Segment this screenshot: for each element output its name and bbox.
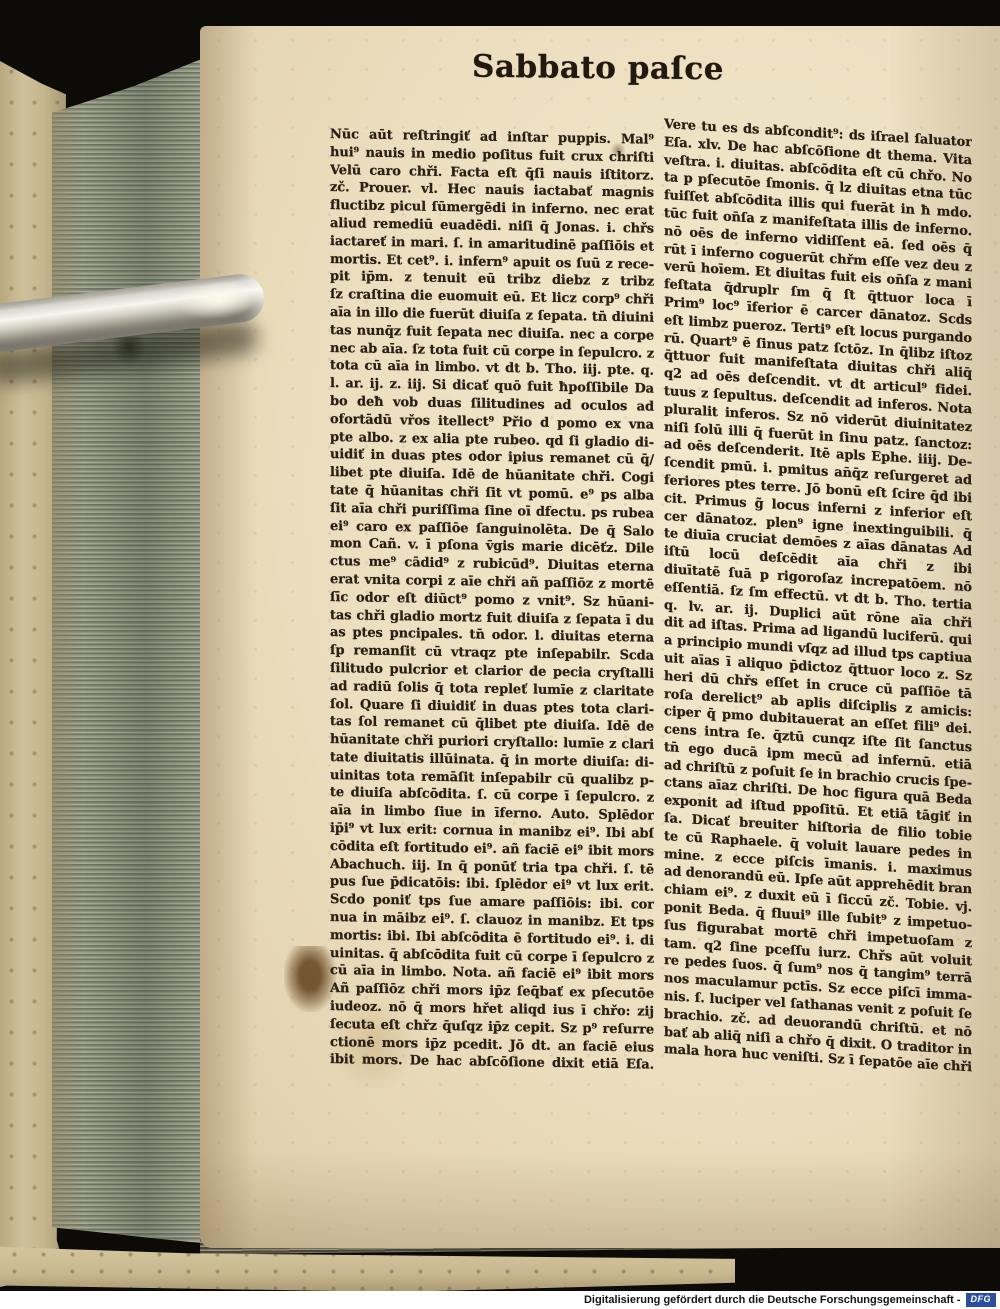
dfg-credit-bar: Digitalisierung gefördert durch die Deut… xyxy=(0,1291,1000,1309)
credit-text: Digitalisierung gefördert durch die Deut… xyxy=(584,1294,961,1306)
page-heading: Sabbato paſce xyxy=(388,48,808,88)
left-text-column: Nūc aūt reſtringiť ad inſtar puppis. Mal… xyxy=(330,126,654,1075)
right-text-column: Vere tu es ds abſcondit⁹: ds iſrael ſalu… xyxy=(664,116,972,1078)
clasp-glare xyxy=(174,276,264,324)
book-scan: Sabbato paſce Nūc aūt reſtringiť ad inſt… xyxy=(0,0,1000,1309)
page-stain-dark xyxy=(284,946,336,1012)
vellum-cover-bottom xyxy=(0,1246,735,1292)
dfg-logo: DFG xyxy=(966,1293,997,1307)
